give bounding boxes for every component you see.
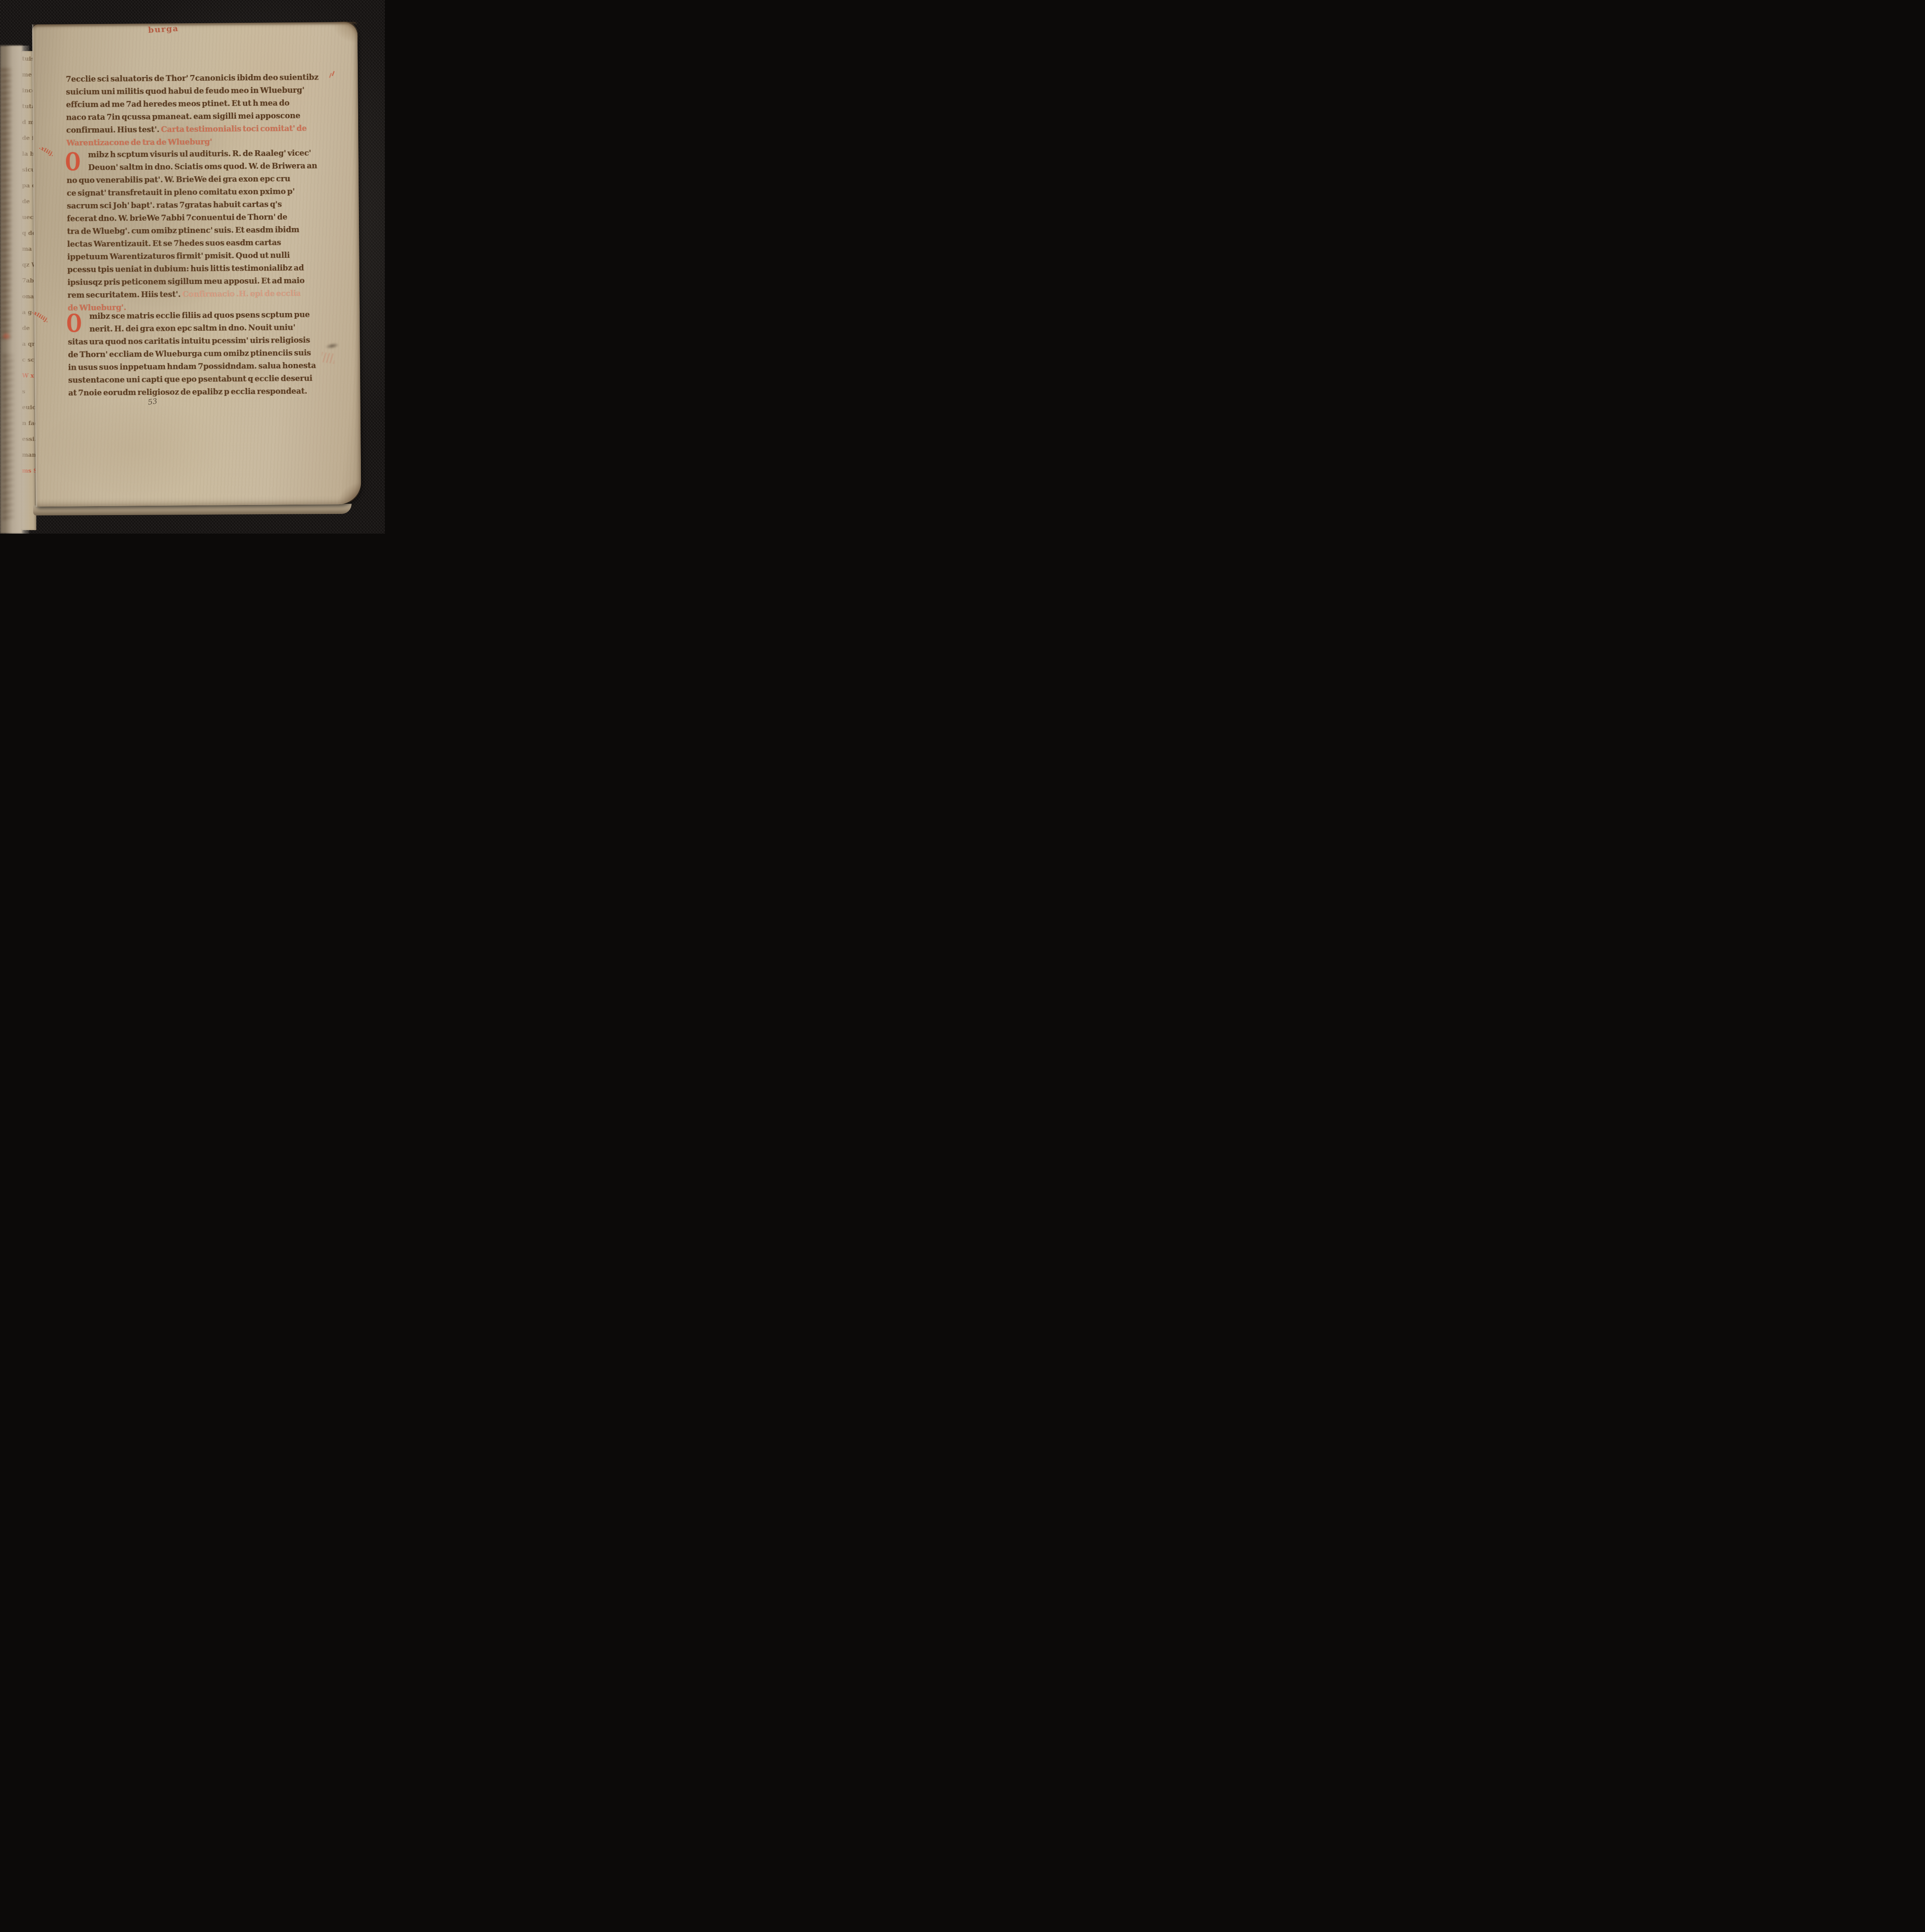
bleedthrough-text-smear	[2, 355, 14, 521]
ink-text: mibz sce matris ecclie filiis ad quos ps…	[89, 310, 310, 321]
ink-text: ce signat' transfretauit in pleno comita…	[66, 187, 294, 198]
edge-text-fragment: s	[21, 384, 36, 400]
text-block: Omibz h scptum visuris ul audituris. R. …	[66, 146, 358, 315]
page-corner-browning	[324, 21, 359, 50]
manuscript-photo: tuisme diincessoztutad mede feula bzusic…	[0, 0, 385, 534]
folio-number: 53	[147, 397, 158, 406]
edge-text-fragment: mam &	[21, 447, 36, 463]
ink-text: confirmaui. Hius test'.	[66, 125, 161, 135]
ink-text: sacrum sci Joh' bapt'. ratas 7gratas hab…	[67, 199, 282, 210]
ink-text: rem securitatem. Hiis test'.	[68, 289, 182, 299]
edge-text-fragment: de	[21, 320, 36, 336]
ink-text: effcium ad me 7ad heredes meos ptinet. E…	[66, 98, 290, 109]
ink-text: ipsiusqz pris peticonem sigillum meu app…	[67, 276, 304, 287]
edge-text-fragment: c scpo	[21, 352, 36, 368]
ink-text: naco rata 7in qcussa pmaneat. eam sigill…	[66, 111, 300, 122]
ink-text: sustentacone uni capti que epo psentabun…	[68, 374, 312, 385]
edge-text-fragment: ms S	[21, 463, 36, 479]
ink-text: suicium uni militis quod habui de feudo …	[66, 85, 304, 97]
text-block: Omibz sce matris ecclie filiis ad quos p…	[68, 308, 359, 400]
rubric-text: Carta testimonialis toci comitat' de	[161, 124, 306, 134]
page-stack-edge-far	[0, 46, 22, 534]
text-block: 7ecclie sci saluatoris de Thor' 7canonic…	[66, 71, 357, 150]
edge-text-fragment: a qr	[21, 336, 36, 352]
edge-text-fragment: euic.	[21, 400, 36, 415]
text-line: at 7noie eorudm religiosoz de epalibz p …	[68, 384, 359, 400]
edge-text-fragment: n facio	[21, 415, 36, 431]
red-chalk-marks-icon	[321, 352, 335, 364]
ink-text: nerit. H. dei gra exon epc saltm in dno.…	[89, 323, 295, 333]
ink-text: pcessu tpis ueniat in dubium: huis litti…	[67, 263, 304, 274]
ink-text: 7ecclie sci saluatoris de Thor' 7canonic…	[66, 73, 318, 84]
parchment-page: burga 7ecclie sci saluatoris de Thor' 7c…	[32, 22, 361, 507]
ink-text: in usus suos inppetuam hndam 7possidndam…	[68, 361, 316, 372]
rubric-text: Warentizacone de tra de Wlueburg'	[66, 137, 212, 148]
ink-text: ippetuum Warentizaturos firmit' pmisit. …	[67, 250, 290, 262]
ink-text: mibz h scptum visuris ul audituris. R. d…	[88, 148, 311, 160]
ink-text: lectas Warentizauit. Et se 7hedes suos e…	[67, 238, 281, 248]
ink-text: no quo venerabilis pat'. W. BrieWe dei g…	[66, 174, 290, 185]
red-ink-smear	[3, 333, 10, 339]
ink-text: de Thorn' eccliam de Wlueburga cum omibz…	[68, 348, 311, 359]
ink-text: at 7noie eorudm religiosoz de epalibz p …	[68, 386, 308, 398]
edge-text-fragment: essi. 7	[21, 431, 36, 447]
ink-text: fecerat dno. W. brieWe 7abbi 7conuentui …	[67, 212, 287, 223]
ink-text: Deuon' saltm in dno. Sciatis oms quod. W…	[88, 161, 317, 172]
running-header: burga	[148, 23, 179, 35]
edge-text-fragment: W x	[21, 368, 36, 384]
ink-text: tra de Wluebg'. cum omibz ptinenc' suis.…	[67, 225, 299, 236]
rubric-text: Confirmacio .H. epi de ecclia	[182, 289, 301, 299]
ink-text: sitas ura quod nos caritatis intuitu pce…	[68, 335, 310, 347]
bleedthrough-text-smear	[1, 69, 12, 339]
